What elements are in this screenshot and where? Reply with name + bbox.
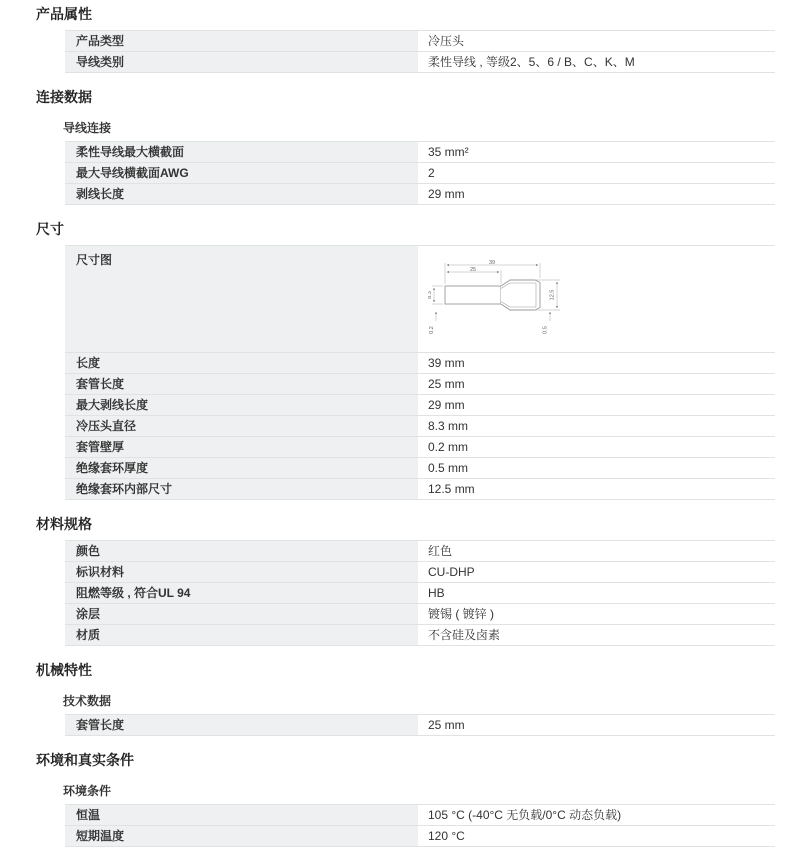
spec-row: 剥线长度 29 mm	[65, 184, 775, 205]
spec-row-drawing: 尺寸图	[65, 246, 775, 353]
spec-row: 短期温度 120 °C	[65, 826, 775, 847]
spec-table-material: 颜色 红色 标识材料 CU-DHP 阻燃等级 , 符合UL 94 HB 涂层 镀…	[65, 540, 775, 646]
section-title: 材料规格	[36, 516, 790, 532]
spec-value: 35 mm²	[418, 142, 775, 162]
ferrule-dimension-drawing: 39 25 8.3 0.2 12.5 0.5	[428, 259, 562, 349]
ferrule-outline	[445, 280, 540, 310]
dim-diameter: 8.3	[428, 291, 433, 299]
spec-table-technical-data: 套管长度 25 mm	[65, 714, 775, 736]
spec-label: 长度	[65, 353, 418, 373]
spec-label: 恒温	[65, 805, 418, 825]
spec-label: 套管长度	[65, 374, 418, 394]
section-environment-conditions: 环境和真实条件 环境条件 恒温 105 °C (-40°C 无负载/0°C 动态…	[0, 752, 790, 847]
spec-value: 105 °C (-40°C 无负载/0°C 动态负载)	[418, 805, 775, 825]
spec-row: 柔性导线最大横截面 35 mm²	[65, 142, 775, 163]
dim-overall-length: 39	[489, 260, 495, 266]
spec-label: 颜色	[65, 541, 418, 561]
section-product-attributes: 产品属性 产品类型 冷压头 导线类别 柔性导线 , 等级2、5、6 / B、C、…	[0, 6, 790, 73]
subsection-title: 技术数据	[63, 694, 790, 708]
spec-label: 套管长度	[65, 715, 418, 735]
section-title: 连接数据	[36, 89, 790, 105]
spec-value: 39 mm	[418, 353, 775, 373]
spec-row: 冷压头直径 8.3 mm	[65, 416, 775, 437]
spec-label: 标识材料	[65, 562, 418, 582]
spec-label: 最大导线横截面AWG	[65, 163, 418, 183]
spec-row: 恒温 105 °C (-40°C 无负载/0°C 动态负载)	[65, 805, 775, 826]
section-mechanical-properties: 机械特性 技术数据 套管长度 25 mm	[0, 662, 790, 736]
section-material-specs: 材料规格 颜色 红色 标识材料 CU-DHP 阻燃等级 , 符合UL 94 HB…	[0, 516, 790, 646]
spec-label: 套管壁厚	[65, 437, 418, 457]
spec-row: 材质 不含硅及卤素	[65, 625, 775, 646]
dim-collar-thickness: 0.5	[543, 326, 549, 334]
spec-value: 不含硅及卤素	[418, 625, 775, 645]
spec-row: 产品类型 冷压头	[65, 31, 775, 52]
section-title: 尺寸	[36, 221, 790, 237]
spec-label: 绝缘套环内部尺寸	[65, 479, 418, 499]
section-connection-data: 连接数据 导线连接 柔性导线最大横截面 35 mm² 最大导线横截面AWG 2 …	[0, 89, 790, 205]
spec-label: 绝缘套环厚度	[65, 458, 418, 478]
spec-value: 39 25 8.3 0.2 12.5 0.5	[418, 246, 775, 352]
dim-collar-size: 12.5	[550, 290, 556, 301]
spec-value: CU-DHP	[418, 562, 775, 582]
spec-label: 阻燃等级 , 符合UL 94	[65, 583, 418, 603]
dim-wall-thickness: 0.2	[429, 326, 435, 334]
spec-value: HB	[418, 583, 775, 603]
spec-row: 阻燃等级 , 符合UL 94 HB	[65, 583, 775, 604]
spec-row: 涂层 镀锡 ( 镀锌 )	[65, 604, 775, 625]
spec-label: 冷压头直径	[65, 416, 418, 436]
spec-label: 柔性导线最大横截面	[65, 142, 418, 162]
spec-label: 短期温度	[65, 826, 418, 846]
spec-table-ambient-conditions: 恒温 105 °C (-40°C 无负载/0°C 动态负载) 短期温度 120 …	[65, 804, 775, 847]
spec-table-dimensions: 尺寸图	[65, 245, 775, 500]
spec-value: 8.3 mm	[418, 416, 775, 436]
spec-row: 颜色 红色	[65, 541, 775, 562]
spec-label: 材质	[65, 625, 418, 645]
spec-row: 长度 39 mm	[65, 353, 775, 374]
spec-value: 0.2 mm	[418, 437, 775, 457]
spec-label: 产品类型	[65, 31, 418, 51]
spec-value: 柔性导线 , 等级2、5、6 / B、C、K、M	[418, 52, 775, 72]
spec-row: 套管壁厚 0.2 mm	[65, 437, 775, 458]
spec-value: 25 mm	[418, 715, 775, 735]
spec-label: 剥线长度	[65, 184, 418, 204]
spec-row: 套管长度 25 mm	[65, 374, 775, 395]
spec-row: 最大导线横截面AWG 2	[65, 163, 775, 184]
dim-sleeve-length: 25	[470, 267, 476, 273]
spec-value: 120 °C	[418, 826, 775, 846]
spec-value: 冷压头	[418, 31, 775, 51]
spec-value: 25 mm	[418, 374, 775, 394]
spec-row: 绝缘套环厚度 0.5 mm	[65, 458, 775, 479]
section-title: 环境和真实条件	[36, 752, 790, 768]
subsection-title: 导线连接	[63, 121, 790, 135]
spec-row: 绝缘套环内部尺寸 12.5 mm	[65, 479, 775, 500]
spec-row: 最大剥线长度 29 mm	[65, 395, 775, 416]
spec-label: 导线类别	[65, 52, 418, 72]
spec-label: 尺寸图	[65, 246, 418, 352]
spec-value: 29 mm	[418, 395, 775, 415]
section-dimensions: 尺寸 尺寸图	[0, 221, 790, 500]
spec-value: 2	[418, 163, 775, 183]
section-title: 产品属性	[36, 6, 790, 22]
product-spec-page: 产品属性 产品类型 冷压头 导线类别 柔性导线 , 等级2、5、6 / B、C、…	[0, 0, 790, 847]
spec-value: 镀锡 ( 镀锌 )	[418, 604, 775, 624]
spec-row: 套管长度 25 mm	[65, 715, 775, 736]
spec-value: 29 mm	[418, 184, 775, 204]
spec-value: 红色	[418, 541, 775, 561]
spec-label: 涂层	[65, 604, 418, 624]
subsection-title: 环境条件	[63, 784, 790, 798]
section-title: 机械特性	[36, 662, 790, 678]
spec-table-product-attributes: 产品类型 冷压头 导线类别 柔性导线 , 等级2、5、6 / B、C、K、M	[65, 30, 775, 73]
spec-row: 标识材料 CU-DHP	[65, 562, 775, 583]
spec-value: 0.5 mm	[418, 458, 775, 478]
spec-label: 最大剥线长度	[65, 395, 418, 415]
spec-table-conductor-connection: 柔性导线最大横截面 35 mm² 最大导线横截面AWG 2 剥线长度 29 mm	[65, 141, 775, 205]
spec-row: 导线类别 柔性导线 , 等级2、5、6 / B、C、K、M	[65, 52, 775, 73]
spec-value: 12.5 mm	[418, 479, 775, 499]
